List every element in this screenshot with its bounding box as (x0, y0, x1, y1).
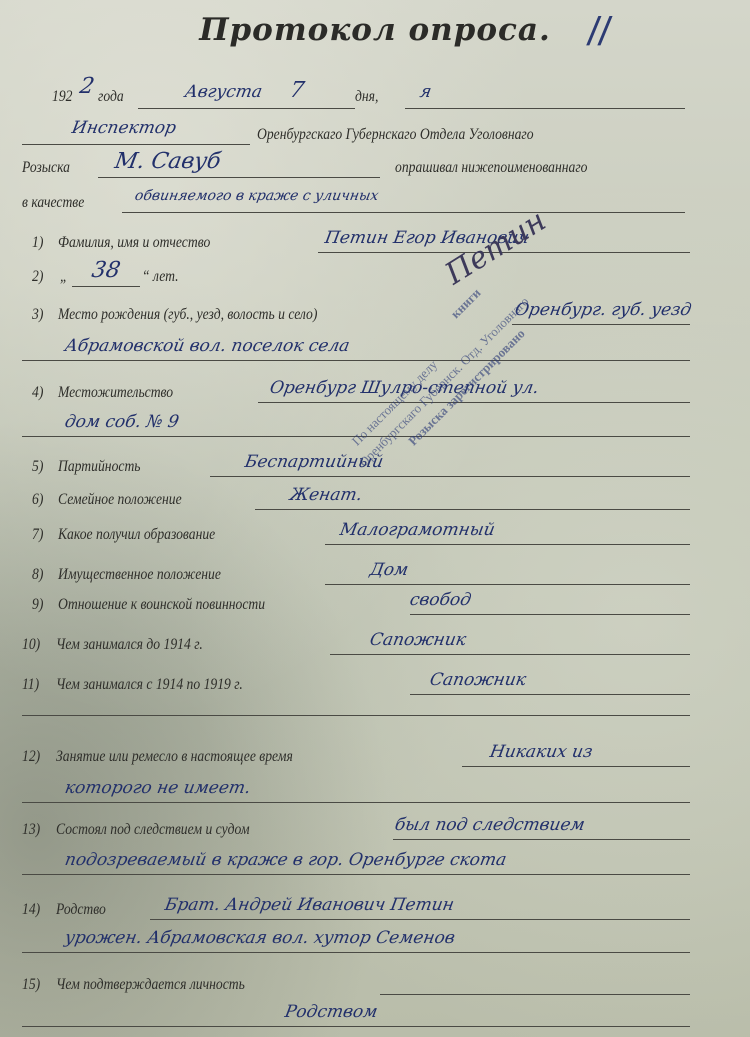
field-number: 5) (32, 458, 43, 476)
age-label: “ лет. (142, 268, 179, 286)
field-line (393, 839, 690, 840)
field-value: Малограмотный (338, 520, 496, 540)
field-number: 4) (32, 384, 43, 402)
field-row: 7)Какое получил образованиеМалограмотный (0, 520, 750, 550)
field-number: 13) (22, 821, 40, 839)
field-continuation-line (22, 874, 690, 875)
field-label: Имущественное положение (58, 566, 221, 584)
field-label: Семейное положение (58, 491, 182, 509)
field-number: 15) (22, 976, 40, 994)
field-label: Чем подтверждается личность (56, 976, 245, 994)
document-title: Протокол опроса. (0, 12, 750, 48)
field-line (325, 584, 690, 585)
field-continuation-row: подозреваемый в краже в гор. Оренбурге с… (0, 850, 750, 880)
field-continuation-line (22, 1026, 690, 1027)
field-label: Состоял под следствием и судом (56, 821, 250, 839)
field-continuation-line (22, 952, 690, 953)
field-line (462, 766, 690, 767)
year-handwritten: 2 (78, 74, 96, 99)
document-page: Протокол опроса. // 192 2 года Августа 7… (0, 0, 750, 1037)
month-line (138, 108, 355, 109)
field-row: 8)Имущественное положениеДом (0, 560, 750, 590)
field-row: 11)Чем занимался с 1914 по 1919 г.Сапожн… (0, 670, 750, 700)
blank-line (22, 715, 690, 716)
field-value: был под следствием (393, 815, 586, 835)
field-continuation-row: Родством (0, 1002, 750, 1032)
field-continuation-row: которого не имеет. (0, 778, 750, 808)
age-value: 38 (90, 258, 122, 283)
field-number: 2) (32, 268, 43, 286)
field-label: Место рождения (губ., уезд, волость и се… (58, 306, 317, 324)
field-row: 10)Чем занимался до 1914 г.Сапожник (0, 630, 750, 660)
field-continuation-line (22, 436, 690, 437)
field-number: 8) (32, 566, 43, 584)
field-label: Фамилия, имя и отчество (58, 234, 210, 252)
field-value: Женат. (288, 485, 364, 505)
field-number: 9) (32, 596, 43, 614)
field-line (330, 654, 690, 655)
field-label: Родство (56, 901, 106, 919)
position-line (22, 144, 250, 145)
rozysk-row: Розыска М. Савуб опрашивал нижепоименова… (0, 153, 750, 183)
date-row: 192 2 года Августа 7 дня, я (0, 82, 750, 112)
field-label: Чем занимался до 1914 г. (56, 636, 203, 654)
field-value-continuation: дом соб. № 9 (63, 412, 180, 432)
field-row: 3)Место рождения (губ., уезд, волость и … (0, 300, 750, 330)
field-label: Местожительство (58, 384, 173, 402)
inspector-name-handwritten: М. Савуб (113, 149, 223, 174)
field-line (325, 544, 690, 545)
field-value-continuation: подозреваемый в краже в гор. Оренбурге с… (63, 850, 508, 870)
field-line (255, 509, 690, 510)
field-row: 1)Фамилия, имя и отчествоПетин Егор Иван… (0, 228, 750, 258)
field-label: Какое получил образование (58, 526, 215, 544)
field-value-continuation: которого не имеет. (63, 778, 252, 798)
field-continuation-row: дом соб. № 9 (0, 412, 750, 442)
field-line (150, 919, 690, 920)
field-value: Дом (368, 560, 410, 580)
field-row: 2)„38“ лет. (0, 262, 750, 292)
blank-line-row (0, 715, 750, 745)
field-number: 1) (32, 234, 43, 252)
field-line (380, 994, 690, 995)
field-continuation-line (22, 360, 690, 361)
year-suffix: года (98, 88, 124, 106)
field-number: 3) (32, 306, 43, 324)
field-number: 11) (22, 676, 39, 694)
field-line (258, 402, 690, 403)
year-prefix: 192 (52, 88, 72, 106)
field-label: Отношение к воинской повинности (58, 596, 265, 614)
corner-mark: // (585, 10, 614, 55)
field-continuation-line (22, 802, 690, 803)
field-row: 4)МестожительствоОренбург Шулро-степной … (0, 378, 750, 408)
field-label: Чем занимался с 1914 по 1919 г. (56, 676, 243, 694)
position-handwritten: Инспектор (70, 118, 177, 138)
field-value: Беспартийный (243, 452, 385, 472)
inspector-line (98, 177, 380, 178)
field-row: 15)Чем подтверждается личность (0, 970, 750, 1000)
field-number: 14) (22, 901, 40, 919)
age-open-quote: „ (60, 268, 68, 286)
field-line (210, 476, 690, 477)
department-row: Инспектор Оренбургскаго Губернскаго Отде… (0, 120, 750, 150)
age-line (72, 286, 140, 287)
field-row: 5)ПартийностьБеспартийный (0, 452, 750, 482)
field-value-continuation: Родством (283, 1002, 379, 1022)
field-row: 12)Занятие или ремесло в настоящее время… (0, 742, 750, 772)
field-row: 6)Семейное положениеЖенат. (0, 485, 750, 515)
questioned-label: опрашивал нижепоименованнаго (395, 159, 588, 177)
field-value: свобод (408, 590, 473, 610)
field-value: Оренбург. губ. уезд (513, 300, 693, 320)
field-value: Никаких из (488, 742, 594, 762)
capacity-line (122, 212, 685, 213)
field-line (410, 694, 690, 695)
field-value: Оренбург Шулро-степной ул. (268, 378, 540, 398)
field-number: 10) (22, 636, 40, 654)
rozysk-label: Розыска (22, 159, 70, 177)
field-value-continuation: урожен. Абрамовская вол. хутор Семенов (63, 928, 456, 948)
day-handwritten: 7 (288, 78, 306, 103)
field-number: 12) (22, 748, 40, 766)
field-label: Занятие или ремесло в настоящее время (56, 748, 293, 766)
day-label: дня, (355, 88, 378, 106)
capacity-label: в качестве (22, 194, 84, 212)
field-value: Брат. Андрей Иванович Петин (163, 895, 455, 915)
month-handwritten: Августа (183, 82, 264, 102)
field-value-continuation: Абрамовской вол. поселок села (63, 336, 351, 356)
field-label: Партийность (58, 458, 141, 476)
field-number: 6) (32, 491, 43, 509)
day-extra-line (405, 108, 685, 109)
field-row: 9)Отношение к воинской повинностисвобод (0, 590, 750, 620)
field-number: 7) (32, 526, 43, 544)
field-continuation-row: урожен. Абрамовская вол. хутор Семенов (0, 928, 750, 958)
field-value: Сапожник (428, 670, 527, 690)
field-row: 13)Состоял под следствием и судомбыл под… (0, 815, 750, 845)
capacity-row: в качестве обвиняемого в краже с уличных (0, 188, 750, 218)
department-label: Оренбургскаго Губернскаго Отдела Уголовн… (257, 126, 534, 144)
field-line (512, 324, 690, 325)
field-line (410, 614, 690, 615)
field-value: Сапожник (368, 630, 467, 650)
field-row: 14)РодствоБрат. Андрей Иванович Петин (0, 895, 750, 925)
field-continuation-row: Абрамовской вол. поселок села (0, 336, 750, 366)
day-extra-handwritten: я (418, 82, 433, 102)
capacity-handwritten: обвиняемого в краже с уличных (134, 188, 380, 204)
